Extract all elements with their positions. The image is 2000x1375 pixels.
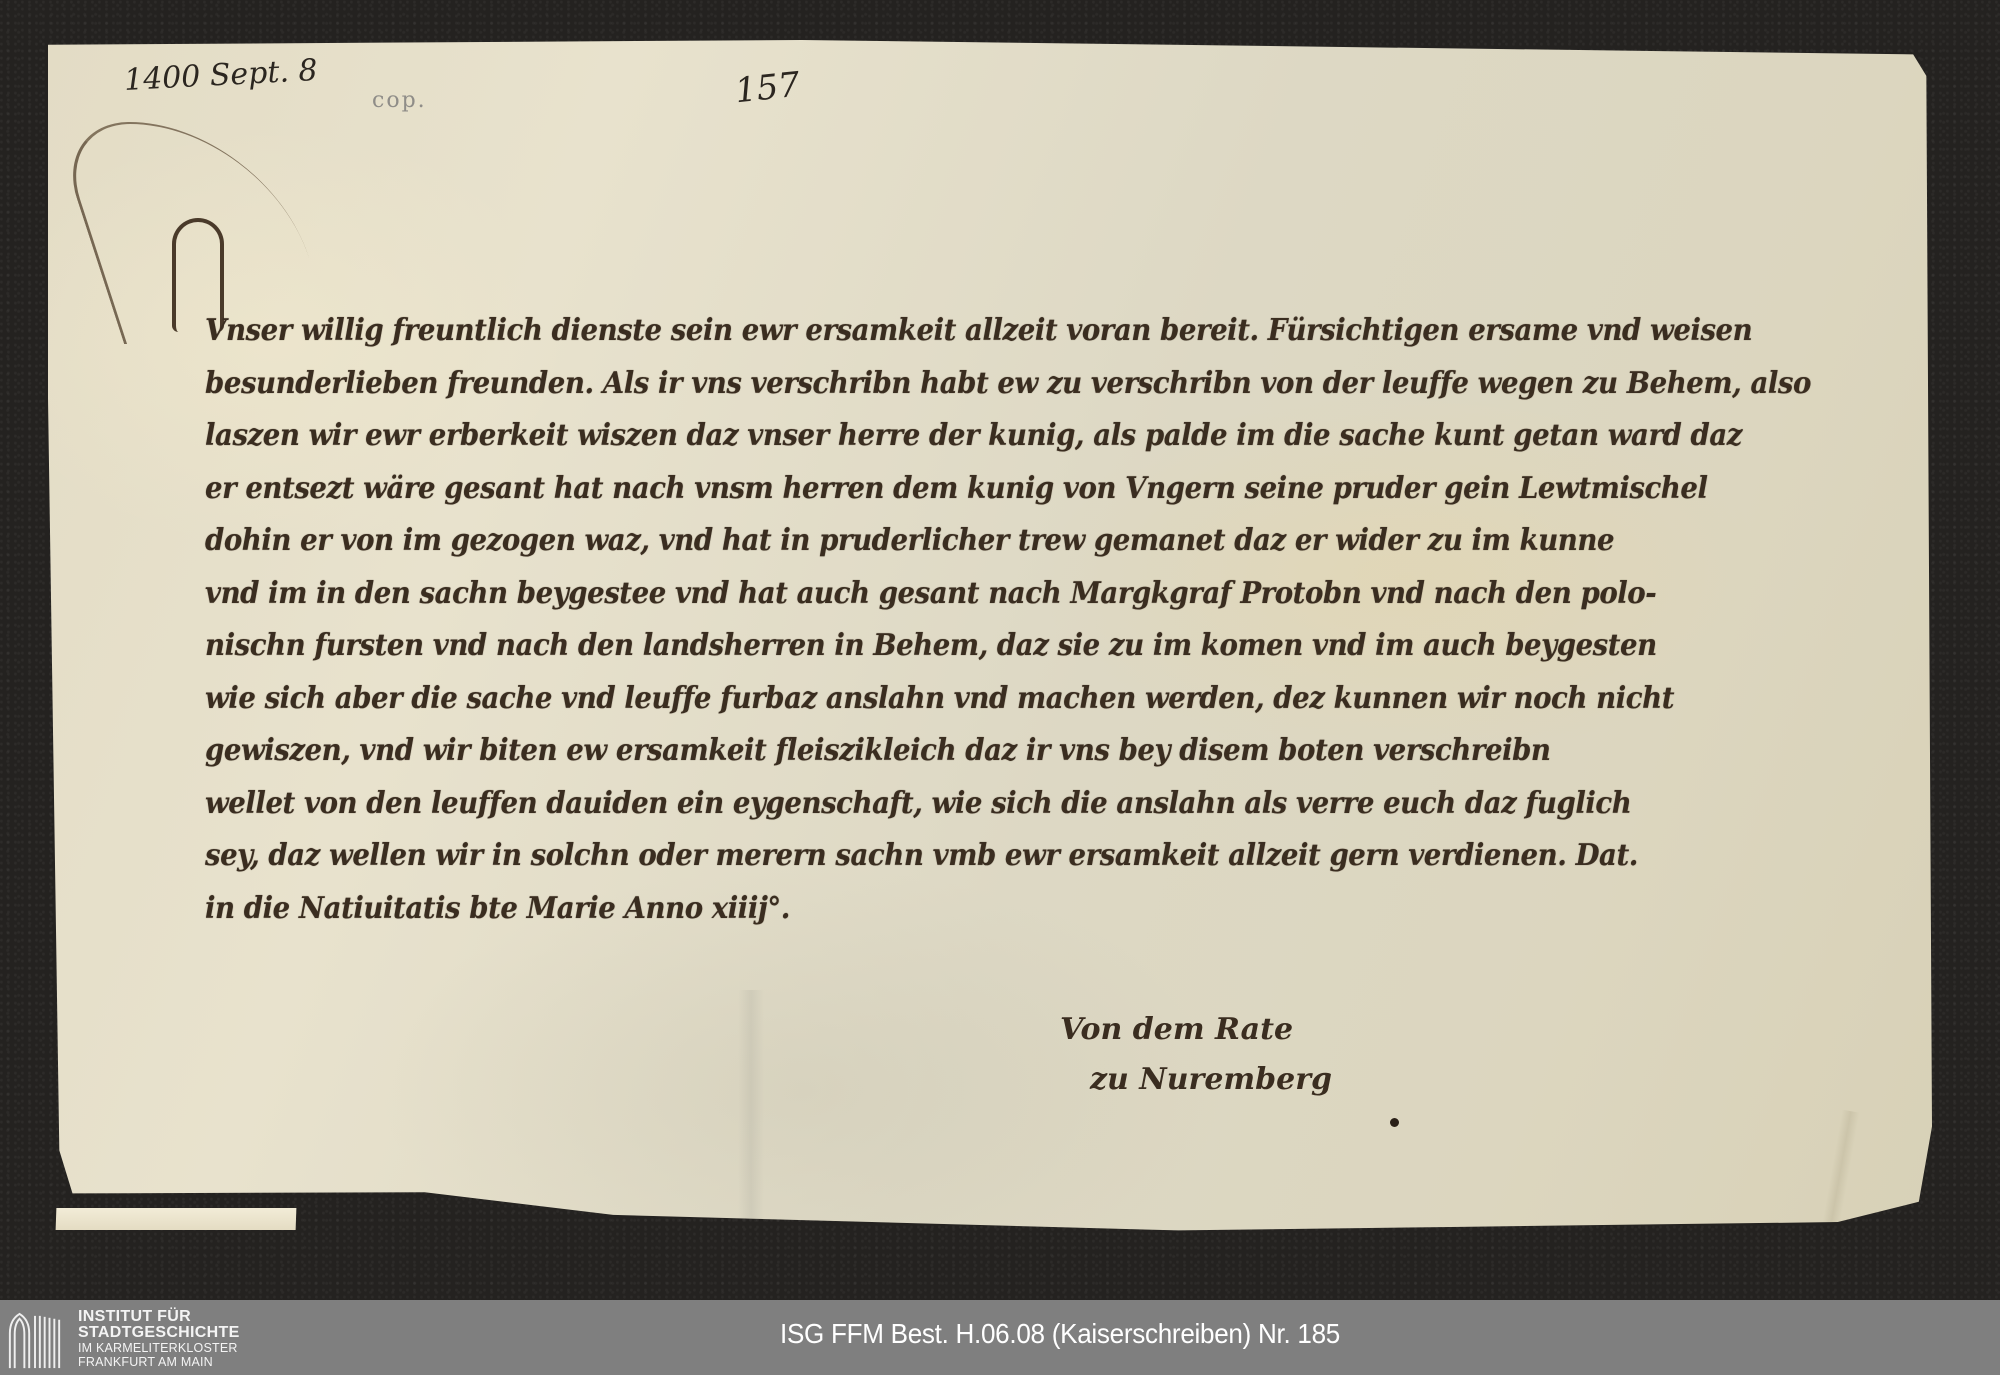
- letter-line: nischn fursten vnd nach den landsherren …: [205, 620, 1787, 673]
- institution-line: FRANKFURT AM MAIN: [78, 1355, 240, 1369]
- letter-line: wellet von den leuffen dauiden ein eygen…: [205, 778, 1787, 831]
- letter-line: in die Natiuitatis bte Marie Anno xiiij°…: [205, 883, 1787, 936]
- letter-line: er entsezt wäre gesant hat nach vnsm her…: [205, 463, 1787, 516]
- curled-corner: [56, 1208, 297, 1230]
- letter-line: wie sich aber die sache vnd leuffe furba…: [205, 673, 1787, 726]
- archive-footer-bar: INSTITUT FÜR STADTGESCHICHTE IM KARMELIT…: [0, 1300, 2000, 1375]
- letter-line: vnd im in den sachn beygestee vnd hat au…: [205, 568, 1787, 621]
- gothic-arch-icon: [6, 1312, 64, 1370]
- letter-line: besunderlieben freunden. Als ir vns vers…: [205, 358, 1787, 411]
- signature-line: zu Nuremberg: [1060, 1055, 1332, 1105]
- letter-line: sey, daz wellen wir in solchn oder merer…: [205, 830, 1787, 883]
- copy-mark-annotation: cop.: [372, 88, 427, 113]
- letter-line: dohin er von im gezogen waz, vnd hat in …: [205, 515, 1787, 568]
- archive-signature-caption: ISG FFM Best. H.06.08 (Kaiserschreiben) …: [780, 1318, 1340, 1350]
- ink-dot: [1390, 1118, 1399, 1127]
- sender-signature: Von dem Rate zu Nuremberg: [1060, 1005, 1332, 1105]
- letter-body: Vnser willig freuntlich dienste sein ewr…: [205, 305, 1925, 935]
- letter-line: Vnser willig freuntlich dienste sein ewr…: [205, 305, 1787, 358]
- letter-line: gewiszen, vnd wir biten ew ersamkeit fle…: [205, 725, 1787, 778]
- institution-line: STADTGESCHICHTE: [78, 1325, 240, 1341]
- letter-line: laszen wir ewr erberkeit wiszen daz vnse…: [205, 410, 1787, 463]
- institution-name: INSTITUT FÜR STADTGESCHICHTE IM KARMELIT…: [78, 1309, 240, 1369]
- institution-line: INSTITUT FÜR: [78, 1309, 240, 1325]
- institution-line: IM KARMELITERKLOSTER: [78, 1341, 240, 1355]
- signature-line: Von dem Rate: [1060, 1005, 1332, 1055]
- folio-number-annotation: 157: [733, 65, 802, 112]
